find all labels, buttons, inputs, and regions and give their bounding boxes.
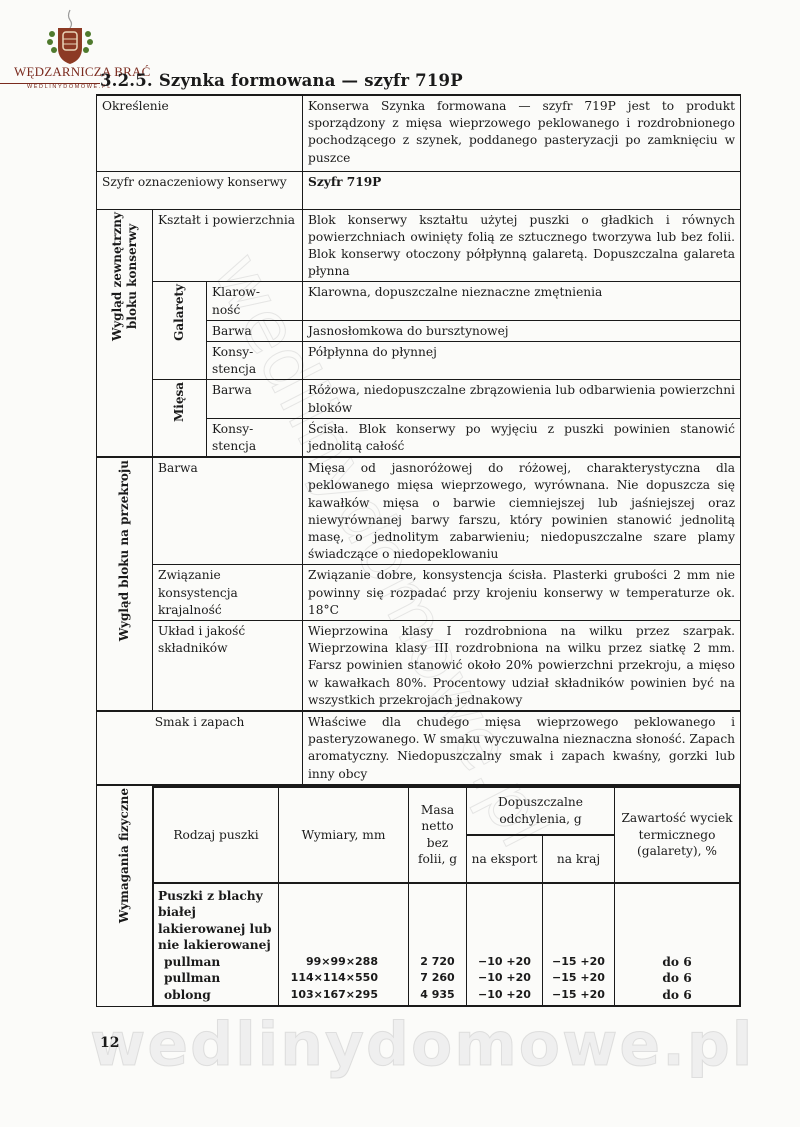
table-row-ksztalt: Wygląd zewnętrzny bloku konserwy Kształt…	[97, 209, 741, 282]
wymiary-2: 103×167×295	[283, 987, 378, 1004]
zawartosc-cell: do 6 do 6 do 6	[615, 883, 740, 1006]
row-value: Klarowna, dopuszczalne nieznaczne zmętni…	[303, 282, 741, 320]
header-kraj: na kraj	[543, 835, 615, 883]
specification-table: Określenie Konserwa Szynka formowana — s…	[96, 94, 741, 1007]
row-label: Konsy- stencja	[207, 341, 303, 379]
header-masa: Masa netto bez folii, g	[409, 787, 467, 883]
row-value: Różowa, niedopuszczalne zbrązowienia lub…	[303, 380, 741, 418]
masa-0: 2 720	[413, 954, 462, 971]
zawartosc-1: do 6	[619, 970, 735, 987]
row-label: Klarow- ność	[207, 282, 303, 320]
table-row-galarety-klarownosc: Galarety Klarow- ność Klarowna, dopuszcz…	[97, 282, 741, 320]
rodzaj-0: pullman	[158, 954, 274, 971]
row-value: Związanie dobre, konsystencja ścisła. Pl…	[303, 565, 741, 621]
brand-logo-icon	[40, 8, 100, 68]
masa-2: 4 935	[413, 987, 462, 1004]
wymiary-0: 99×99×288	[283, 954, 378, 971]
phys-header-row: Rodzaj puszki Wymiary, mm Masa netto bez…	[154, 787, 740, 835]
row-label: Smak i zapach	[97, 711, 303, 785]
row-value: Blok konserwy kształtu użytej puszki o g…	[303, 209, 741, 282]
group-label-galarety: Galarety	[153, 282, 207, 380]
row-label: Szyfr oznaczeniowy konserwy	[97, 171, 303, 209]
row-label: Układ i jakość składników	[153, 620, 303, 711]
row-value: Wieprzowina klasy I rozdrobniona na wilk…	[303, 620, 741, 711]
group-label-miesa: Mięsa	[153, 380, 207, 457]
row-value: Ścisła. Blok konserwy po wyjęciu z puszk…	[303, 418, 741, 457]
wymiary-cell: 99×99×288 114×114×550 103×167×295	[279, 883, 409, 1006]
page-number: 12	[100, 1035, 119, 1051]
row-label: Konsy- stencja	[207, 418, 303, 457]
row-label: Kształt i powierzchnia	[153, 209, 303, 282]
header-eksport: na eksport	[467, 835, 543, 883]
header-zawartosc: Zawartość wyciek termicznego (galarety),…	[615, 787, 740, 883]
eksport-2: −10 +20	[471, 987, 538, 1004]
phys-data-row: Puszki z blachy białej lakierowanej lub …	[154, 883, 740, 1006]
row-label: Barwa	[207, 380, 303, 418]
physical-requirements-table: Rodzaj puszki Wymiary, mm Masa netto bez…	[153, 786, 740, 1007]
table-row-przekroj-uklad: Układ i jakość składników Wieprzowina kl…	[97, 620, 741, 711]
table-row-okreslenie: Określenie Konserwa Szynka formowana — s…	[97, 95, 741, 171]
row-value: Półpłynna do płynnej	[303, 341, 741, 379]
table-row-wymagania: Wymagania fizyczne Rodzaj puszki Wymiary…	[97, 785, 741, 1007]
header-rodzaj: Rodzaj puszki	[154, 787, 279, 883]
row-label: Barwa	[207, 320, 303, 341]
masa-1: 7 260	[413, 970, 462, 987]
row-label: Związanie konsystencja krajalność	[153, 565, 303, 621]
group-label-wyglad-przekroju: Wygląd bloku na przekroju	[97, 457, 153, 711]
table-row-przekroj-zwiazanie: Związanie konsystencja krajalność Związa…	[97, 565, 741, 621]
footer-watermark: wedlinydomowe.pl	[90, 1010, 754, 1080]
masa-cell: 2 720 7 260 4 935	[409, 883, 467, 1006]
wymiary-1: 114×114×550	[283, 970, 378, 987]
rodzaj-2: oblong	[158, 987, 274, 1004]
kraj-0: −15 +20	[547, 954, 610, 971]
rodzaj-cell: Puszki z blachy białej lakierowanej lub …	[154, 883, 279, 1006]
table-row-miesa-barwa: Mięsa Barwa Różowa, niedopuszczalne zbrą…	[97, 380, 741, 418]
zawartosc-2: do 6	[619, 987, 735, 1004]
row-value: Jasnosłomkowa do bursztynowej	[303, 320, 741, 341]
header-odchylenia: Dopuszczalne odchylenia, g	[467, 787, 615, 835]
zawartosc-0: do 6	[619, 954, 735, 971]
kraj-2: −15 +20	[547, 987, 610, 1004]
row-value: Szyfr 719P	[303, 171, 741, 209]
header-wymiary: Wymiary, mm	[279, 787, 409, 883]
table-row-smak: Smak i zapach Właściwe dla chudego mięsa…	[97, 711, 741, 785]
eksport-1: −10 +20	[471, 970, 538, 987]
table-row-szyfr: Szyfr oznaczeniowy konserwy Szyfr 719P	[97, 171, 741, 209]
kraj-1: −15 +20	[547, 970, 610, 987]
eksport-0: −10 +20	[471, 954, 538, 971]
row-value: Właściwe dla chudego mięsa wieprzowego p…	[303, 711, 741, 785]
category-label: Puszki z blachy białej lakierowanej lub …	[158, 888, 274, 954]
section-heading: 3.2.5. Szynka formowana — szyfr 719P	[100, 71, 463, 90]
group-label-wyglad-zewnetrzny: Wygląd zewnętrzny bloku konserwy	[97, 209, 153, 457]
group-label-wymagania: Wymagania fizyczne	[97, 785, 153, 1007]
kraj-cell: −15 +20 −15 +20 −15 +20	[543, 883, 615, 1006]
table-row-przekroj-barwa: Wygląd bloku na przekroju Barwa Mięsa od…	[97, 457, 741, 565]
eksport-cell: −10 +20 −10 +20 −10 +20	[467, 883, 543, 1006]
row-value: Konserwa Szynka formowana — szyfr 719P j…	[303, 95, 741, 171]
row-value: Mięsa od jasnoróżowej do różowej, charak…	[303, 457, 741, 565]
row-label: Barwa	[153, 457, 303, 565]
rodzaj-1: pullman	[158, 970, 274, 987]
row-label: Określenie	[97, 95, 303, 171]
physical-requirements-cell: Rodzaj puszki Wymiary, mm Masa netto bez…	[153, 785, 741, 1007]
